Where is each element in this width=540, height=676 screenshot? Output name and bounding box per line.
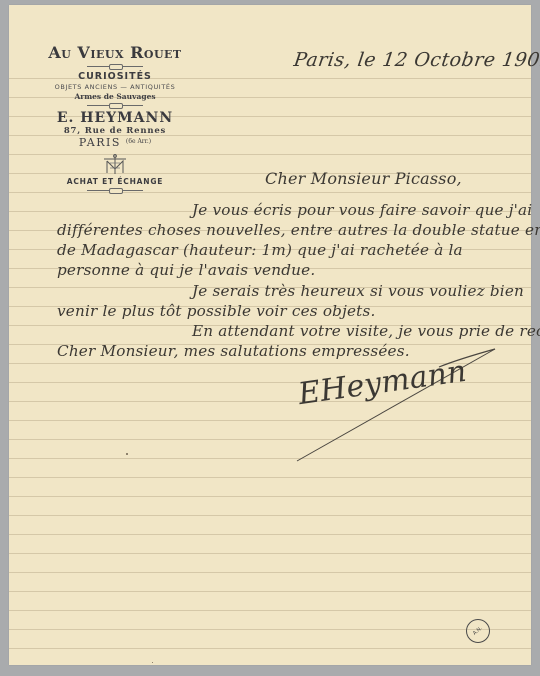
body-line: Je serais très heureux si vous vouliez b… <box>192 282 524 300</box>
paper-speck <box>152 662 153 663</box>
body-line: Je vous écris pour vous faire savoir que… <box>192 201 532 219</box>
letterhead-trade: ACHAT ET ÉCHANGE <box>31 177 199 186</box>
letterhead-shop-name: Au Vieux Rouet <box>31 43 199 62</box>
date-line: Paris, le 12 Octobre 1909 <box>292 49 540 71</box>
body-line: différentes choses nouvelles, entre autr… <box>57 221 540 239</box>
letterhead-city: PARIS (6e Arr.) <box>31 136 199 149</box>
letterhead-category: CURIOSITÉS <box>31 71 199 82</box>
arrondissement: (6e Arr.) <box>126 138 151 145</box>
letterhead-street: 87, Rue de Rennes <box>31 126 199 136</box>
ornamental-rule <box>87 103 143 107</box>
salutation: Cher Monsieur Picasso, <box>265 169 462 188</box>
letterhead: Au Vieux Rouet CURIOSITÉS OBJETS ANCIENS… <box>31 43 199 195</box>
body-line: de Madagascar (hauteur: 1m) que j'ai rac… <box>57 241 463 259</box>
body-line: personne à qui je l'avais vendue. <box>57 261 315 279</box>
letterhead-specialty: Armes de Sauvages <box>31 92 199 101</box>
monogram-icon <box>100 153 130 175</box>
body-line: En attendant votre visite, je vous prie … <box>192 322 540 340</box>
body-line: venir le plus tôt possible voir ces obje… <box>57 302 376 320</box>
stamp-text: A.N. <box>472 626 483 636</box>
letter-paper: Au Vieux Rouet CURIOSITÉS OBJETS ANCIENS… <box>9 5 531 665</box>
letterhead-subtitle: OBJETS ANCIENS — ANTIQUITÉS <box>31 83 199 91</box>
paper-speck <box>126 453 128 455</box>
ornamental-rule <box>87 64 143 68</box>
city-name: PARIS <box>79 136 121 149</box>
ornamental-rule <box>87 188 143 192</box>
letterhead-proprietor: E. HEYMANN <box>31 110 199 126</box>
archive-stamp: A.N. <box>466 619 490 643</box>
